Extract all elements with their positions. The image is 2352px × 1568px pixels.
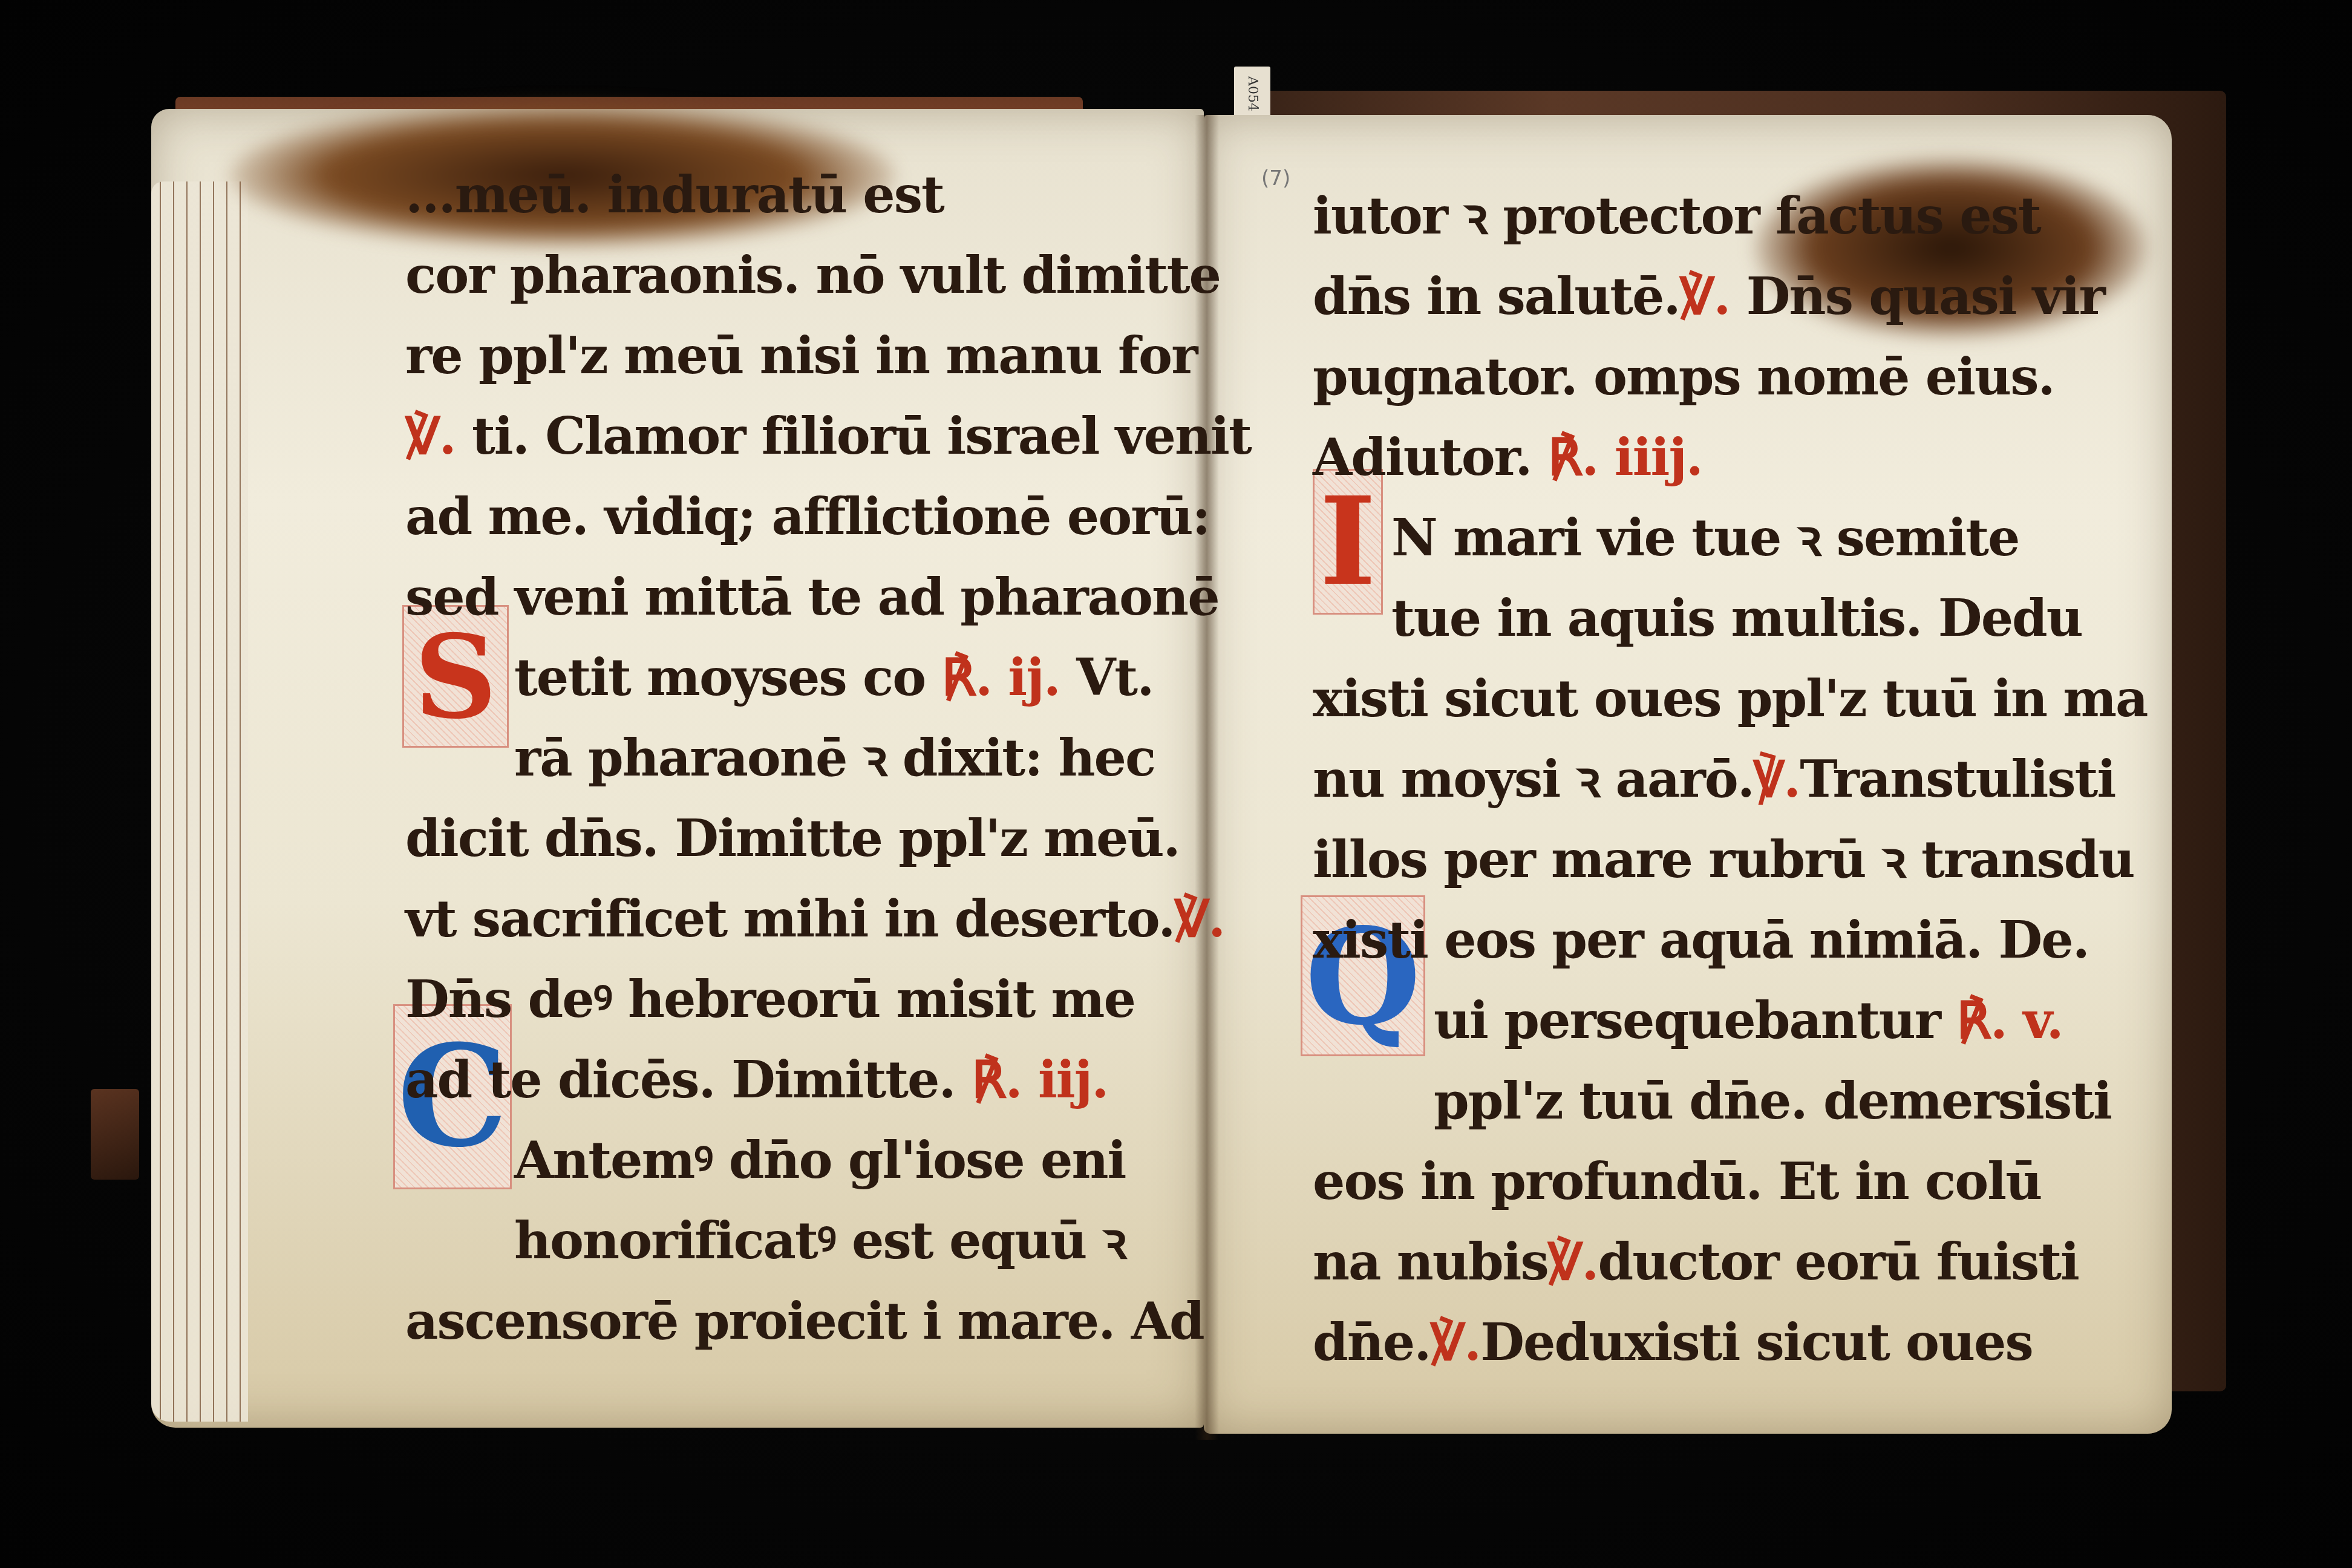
text-line: sed veni mittā te ad pharaonē	[405, 557, 1251, 637]
text-line: Antemꝰ dn̄o gl'iose eni	[405, 1120, 1251, 1200]
text-line: dicit dn̄s. Dimitte ppl'z meū.	[405, 798, 1251, 878]
text-line: ascensorē proiecit i mare. Ad	[405, 1281, 1251, 1361]
right-page-text: iutor ꝛ protector factus est dn̄s in sal…	[1313, 175, 2148, 1382]
text-line: illos per mare rubrū ꝛ transdu	[1313, 819, 2148, 900]
rubric-versicle: ℣.	[1754, 749, 1800, 809]
text-line: cor pharaonis. nō vult dimitte	[405, 235, 1251, 315]
text-line: xisti eos per aquā nimiā. De.	[1313, 900, 2148, 980]
text-line: ℣. ti. Clamor filiorū israel venit	[405, 396, 1251, 476]
rubric-versicle: ℣.	[1431, 1312, 1481, 1372]
text-line: tetit moyses co ℟. ij. Vt.	[405, 637, 1251, 717]
text-line: ppl'z tuū dn̄e. demersisti	[1313, 1060, 2148, 1141]
rubric-versicle: ℣.	[1548, 1232, 1598, 1292]
text-line: re ppl'z meū nisi in manu for	[405, 315, 1251, 396]
text-line: nu moysi ꝛ aarō.℣.Transtulisti	[1313, 739, 2148, 819]
rubric-versicle: ℣.	[1680, 266, 1730, 326]
folio-pencil-mark: (7)	[1261, 166, 1290, 191]
text-line: Dn̄s deꝰ hebreorū misit me	[405, 959, 1251, 1039]
rubric-responsory: ℟. ij.	[941, 647, 1060, 707]
left-page-text: ...meū. induratū est cor pharaonis. nō v…	[405, 154, 1251, 1361]
rubric-responsory: ℟. v.	[1956, 990, 2063, 1050]
text-line: dn̄e.℣.Deduxisti sicut oues	[1313, 1302, 2148, 1382]
catalogue-tag: A054	[1234, 67, 1270, 121]
rubric-versicle: ℣.	[405, 406, 456, 466]
text-line: ad me. vidiq; afflictionē eorū:	[405, 476, 1251, 557]
rubric-responsory: ℟. iij.	[972, 1050, 1108, 1109]
text-line: eos in profundū. Et in colū	[1313, 1141, 2148, 1221]
text-line: Adiutor. ℟. iiij.	[1313, 417, 2148, 497]
text-line: xisti sicut oues ppl'z tuū in ma	[1313, 658, 2148, 739]
metal-clasp	[91, 1089, 139, 1180]
text-line: N mari vie tue ꝛ semite	[1313, 497, 2148, 578]
text-line: dn̄s in salutē.℣. Dn̄s quasi vir	[1313, 256, 2148, 336]
text-line: tue in aquis multis. Dedu	[1313, 578, 2148, 658]
text-line: vt sacrificet mihi in deserto.℣.	[405, 878, 1251, 959]
text-line: ui persequebantur ℟. v.	[1313, 980, 2148, 1060]
page-edges	[151, 181, 248, 1422]
rubric-versicle: ℣.	[1175, 889, 1225, 949]
text-line: na nubis℣.ductor eorū fuisti	[1313, 1221, 2148, 1302]
rubric-responsory: ℟. iiij.	[1548, 427, 1702, 487]
text-line: rā pharaonē ꝛ dixit: hec	[405, 717, 1251, 798]
text-line: ...meū. induratū est	[405, 154, 1251, 235]
text-line: iutor ꝛ protector factus est	[1313, 175, 2148, 256]
text-line: honorificatꝰ est equū ꝛ	[405, 1200, 1251, 1281]
text-line: ad te dicēs. Dimitte. ℟. iij.	[405, 1039, 1251, 1120]
text-line: pugnator. omps nomē eius.	[1313, 336, 2148, 417]
